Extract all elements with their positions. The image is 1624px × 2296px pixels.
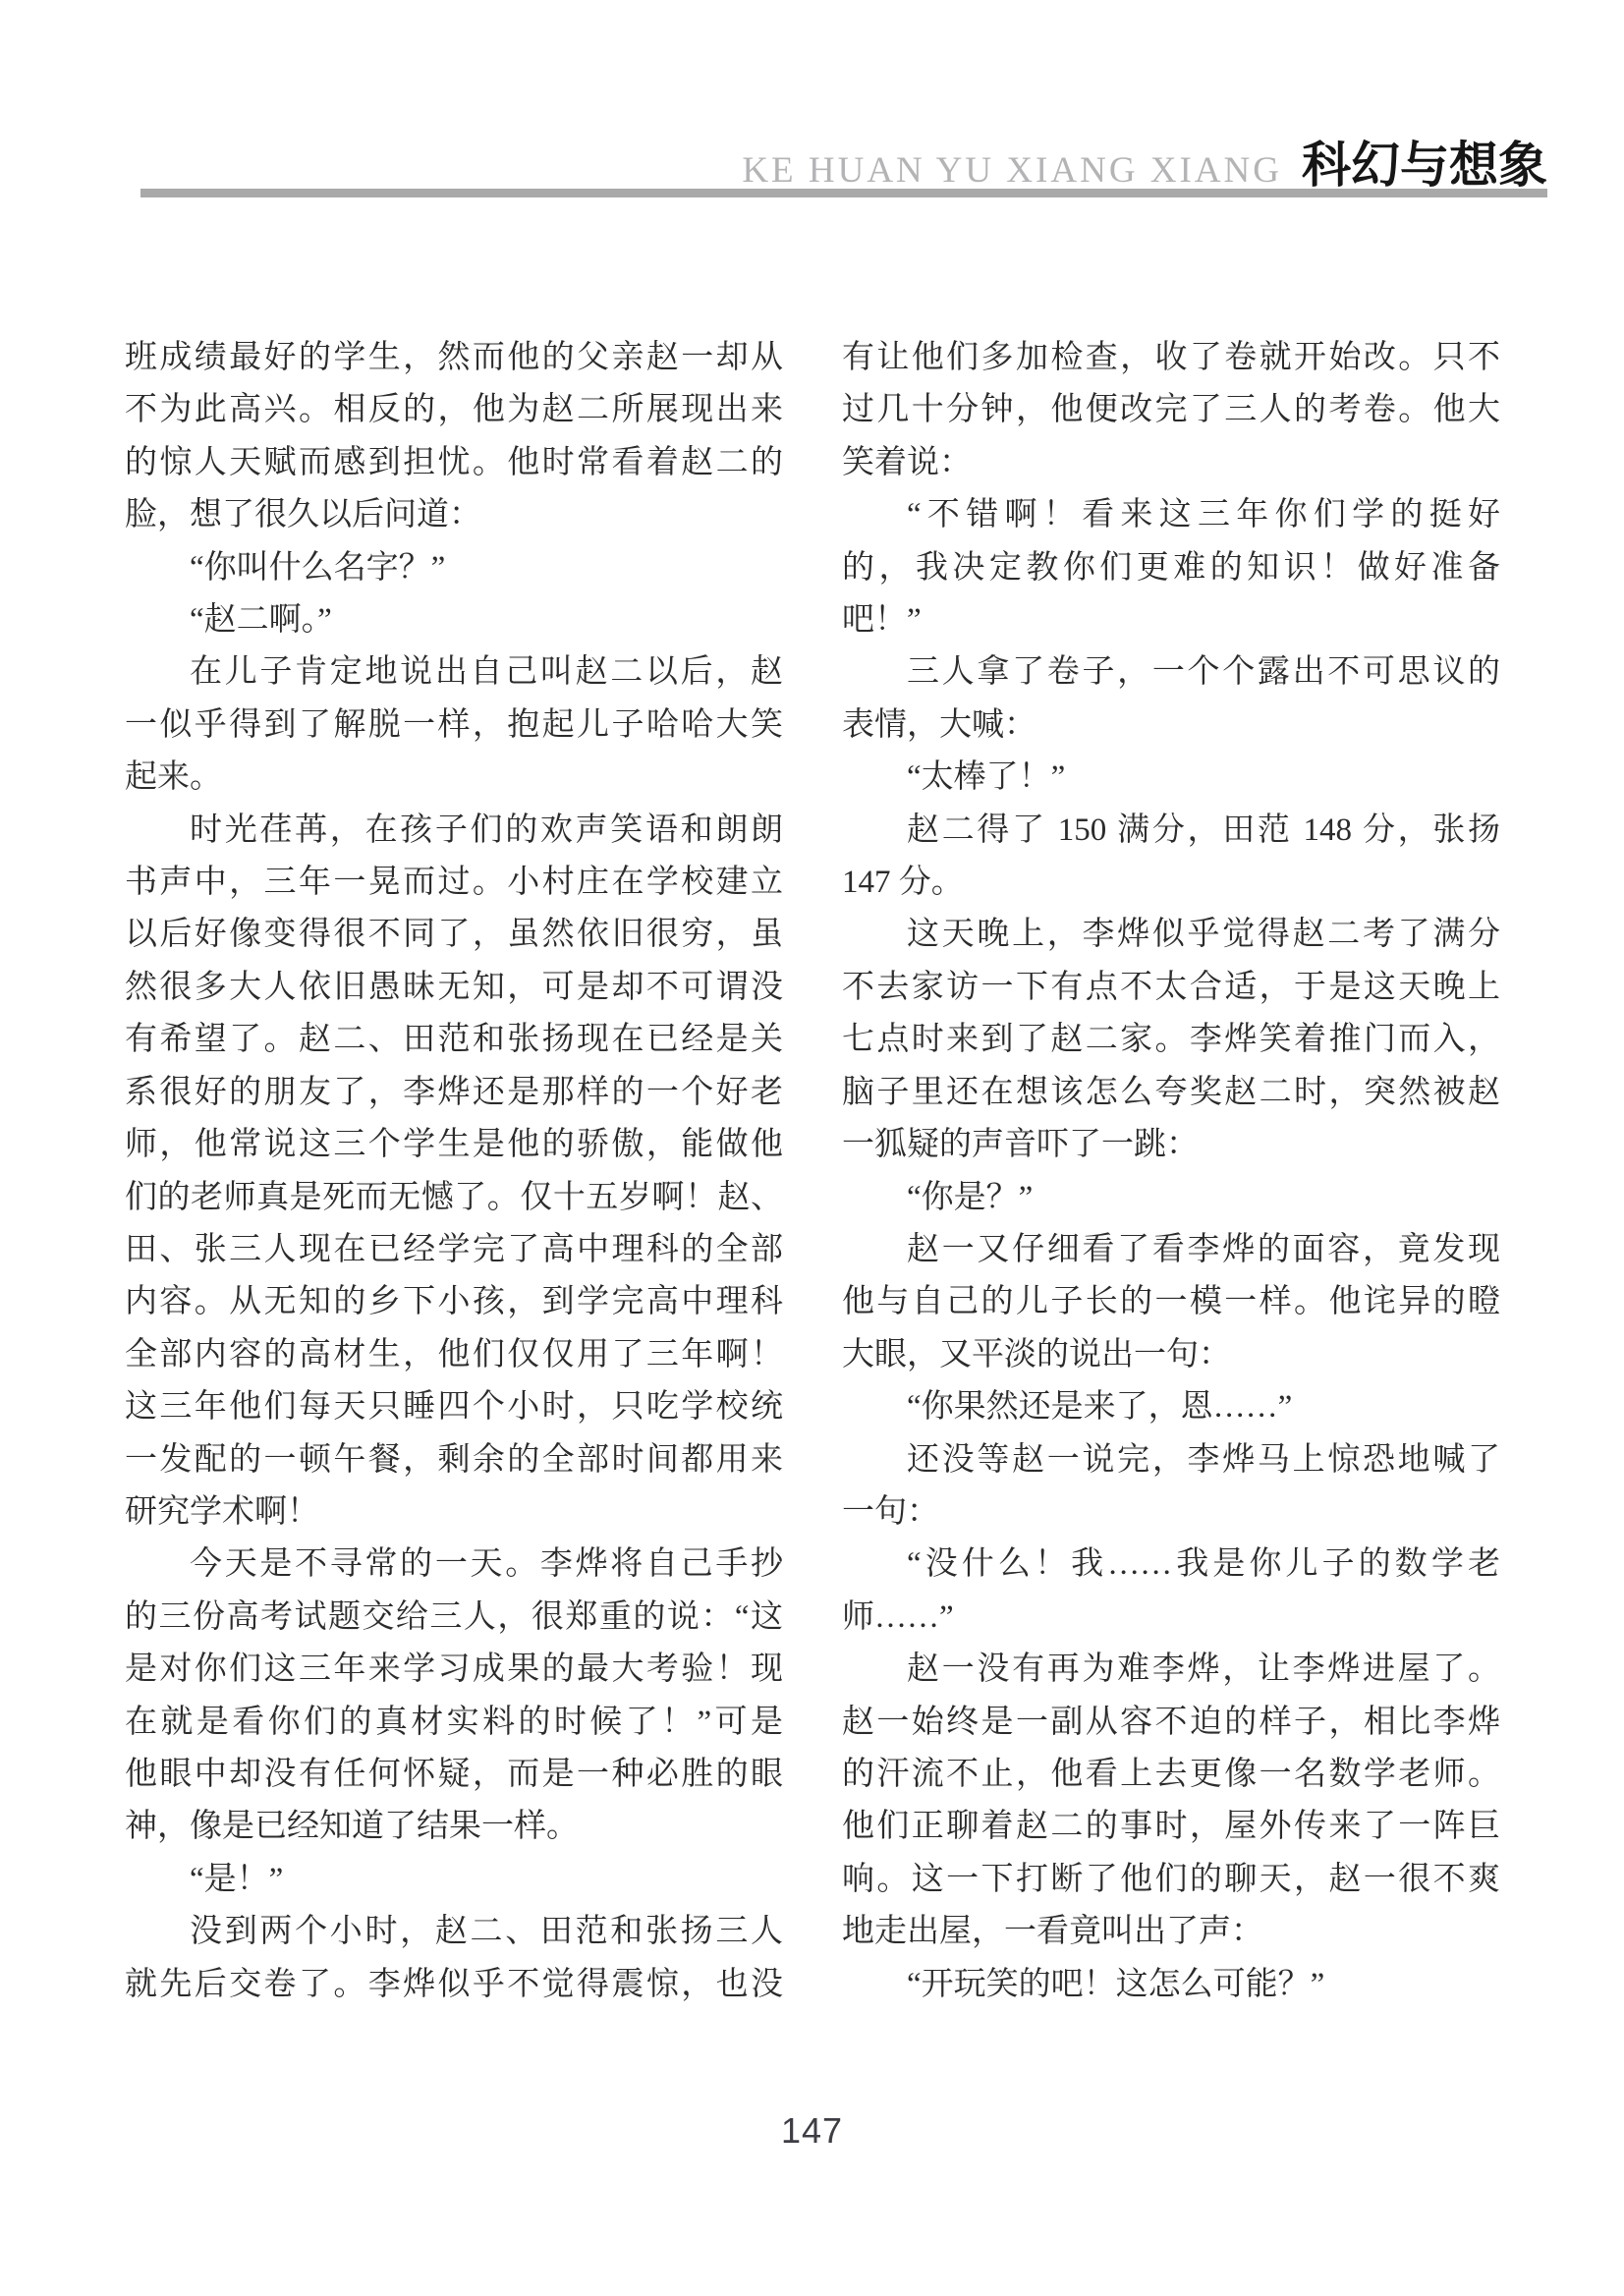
text-line: “赵二啊。”: [125, 594, 783, 646]
text-line: 他们正聊着赵二的事时，屋外传来了一阵巨: [842, 1801, 1500, 1853]
header-rule-divider: [140, 189, 1547, 197]
running-title-pinyin: KE HUAN YU XIANG XIANG: [742, 149, 1282, 192]
text-line: 在就是看你们的真材实料的时候了！”可是: [125, 1697, 783, 1749]
text-line: 时光荏苒，在孩子们的欢声笑语和朗朗: [125, 805, 783, 857]
text-line: 还没等赵一说完，李烨马上惊恐地喊了: [842, 1434, 1500, 1486]
text-line: 研究学术啊！: [125, 1486, 783, 1539]
text-line: 书声中，三年一晃而过。小村庄在学校建立: [125, 857, 783, 909]
page-number: 147: [0, 2110, 1624, 2152]
text-line: 们的老师真是死而无憾了。仅十五岁啊！赵、: [125, 1172, 783, 1224]
text-line: “是！”: [125, 1854, 783, 1906]
text-line: 147 分。: [842, 857, 1500, 909]
text-line: 不为此高兴。相反的，他为赵二所展现出来: [125, 384, 783, 436]
text-line: 七点时来到了赵二家。李烨笑着推门而入，: [842, 1014, 1500, 1066]
text-line: 一句：: [842, 1486, 1500, 1539]
text-line: “你叫什么名字？”: [125, 542, 783, 594]
page: { "header": { "running_title_pinyin": "K…: [0, 0, 1624, 2296]
text-line: 脸，想了很久以后问道：: [125, 489, 783, 541]
text-line: 不去家访一下有点不太合适，于是这天晚上: [842, 962, 1500, 1014]
text-line: 一似乎得到了解脱一样，抱起儿子哈哈大笑: [125, 700, 783, 752]
text-line: 赵一始终是一副从容不迫的样子，相比李烨: [842, 1697, 1500, 1749]
text-line: 系很好的朋友了，李烨还是那样的一个好老: [125, 1067, 783, 1119]
text-column-right: 有让他们多加检查，收了卷就开始改。只不过几十分钟，他便改完了三人的考卷。他大笑着…: [842, 332, 1500, 2011]
text-line: 班成绩最好的学生，然而他的父亲赵一却从: [125, 332, 783, 384]
text-line: 师，他常说这三个学生是他的骄傲，能做他: [125, 1119, 783, 1171]
page-header: KE HUAN YU XIANG XIANG 科幻与想象: [140, 126, 1547, 196]
text-line: 一狐疑的声音吓了一跳：: [842, 1119, 1500, 1171]
text-line: 有希望了。赵二、田范和张扬现在已经是关: [125, 1014, 783, 1066]
text-line: 内容。从无知的乡下小孩，到学完高中理科: [125, 1276, 783, 1328]
text-line: 以后好像变得很不同了，虽然依旧很穷，虽: [125, 909, 783, 961]
text-line: 的惊人天赋而感到担忧。他时常看着赵二的: [125, 437, 783, 489]
text-line: 脑子里还在想该怎么夸奖赵二时，突然被赵: [842, 1067, 1500, 1119]
text-line: “你是？”: [842, 1172, 1500, 1224]
text-line: 表情，大喊：: [842, 700, 1500, 752]
text-line: 神，像是已经知道了结果一样。: [125, 1801, 783, 1853]
text-line: 田、张三人现在已经学完了高中理科的全部: [125, 1224, 783, 1276]
text-line: 赵二得了 150 满分，田范 148 分，张扬: [842, 805, 1500, 857]
text-line: 笑着说：: [842, 437, 1500, 489]
text-line: 大眼，又平淡的说出一句：: [842, 1329, 1500, 1381]
text-line: 地走出屋，一看竟叫出了声：: [842, 1906, 1500, 1958]
text-line: 过几十分钟，他便改完了三人的考卷。他大: [842, 384, 1500, 436]
text-line: 赵一没有再为难李烨，让李烨进屋了。: [842, 1644, 1500, 1696]
text-line: 有让他们多加检查，收了卷就开始改。只不: [842, 332, 1500, 384]
text-line: 这天晚上，李烨似乎觉得赵二考了满分: [842, 909, 1500, 961]
text-line: “太棒了！”: [842, 752, 1500, 804]
text-line: “你果然还是来了，恩……”: [842, 1381, 1500, 1433]
text-line: 在儿子肯定地说出自己叫赵二以后，赵: [125, 646, 783, 699]
text-line: 他与自己的儿子长的一模一样。他诧异的瞪: [842, 1276, 1500, 1328]
running-title-chinese: 科幻与想象: [1302, 126, 1547, 196]
text-line: 就先后交卷了。李烨似乎不觉得震惊，也没: [125, 1959, 783, 2011]
text-line: 他眼中却没有任何怀疑，而是一种必胜的眼: [125, 1749, 783, 1801]
text-line: 全部内容的高材生，他们仅仅用了三年啊！: [125, 1329, 783, 1381]
text-line: “没什么！我……我是你儿子的数学老: [842, 1539, 1500, 1591]
text-line: 然很多大人依旧愚昧无知，可是却不可谓没: [125, 962, 783, 1014]
text-column-left: 班成绩最好的学生，然而他的父亲赵一却从不为此高兴。相反的，他为赵二所展现出来的惊…: [125, 332, 783, 2011]
article-body: 班成绩最好的学生，然而他的父亲赵一却从不为此高兴。相反的，他为赵二所展现出来的惊…: [125, 332, 1500, 2011]
text-line: 没到两个小时，赵二、田范和张扬三人: [125, 1906, 783, 1958]
text-line: 三人拿了卷子，一个个露出不可思议的: [842, 646, 1500, 699]
text-line: 赵一又仔细看了看李烨的面容，竟发现: [842, 1224, 1500, 1276]
text-line: “不错啊！看来这三年你们学的挺好: [842, 489, 1500, 541]
text-line: 的汗流不止，他看上去更像一名数学老师。: [842, 1749, 1500, 1801]
text-line: 响。这一下打断了他们的聊天，赵一很不爽: [842, 1854, 1500, 1906]
text-line: 吧！”: [842, 594, 1500, 646]
text-line: 今天是不寻常的一天。李烨将自己手抄: [125, 1539, 783, 1591]
text-line: 起来。: [125, 752, 783, 804]
text-line: 是对你们这三年来学习成果的最大考验！现: [125, 1644, 783, 1696]
text-line: “开玩笑的吧！这怎么可能？”: [842, 1959, 1500, 2011]
text-line: 的，我决定教你们更难的知识！做好准备: [842, 542, 1500, 594]
text-line: 这三年他们每天只睡四个小时，只吃学校统: [125, 1381, 783, 1433]
text-line: 一发配的一顿午餐，剩余的全部时间都用来: [125, 1434, 783, 1486]
text-line: 的三份高考试题交给三人，很郑重的说：“这: [125, 1592, 783, 1644]
text-line: 师……”: [842, 1592, 1500, 1644]
